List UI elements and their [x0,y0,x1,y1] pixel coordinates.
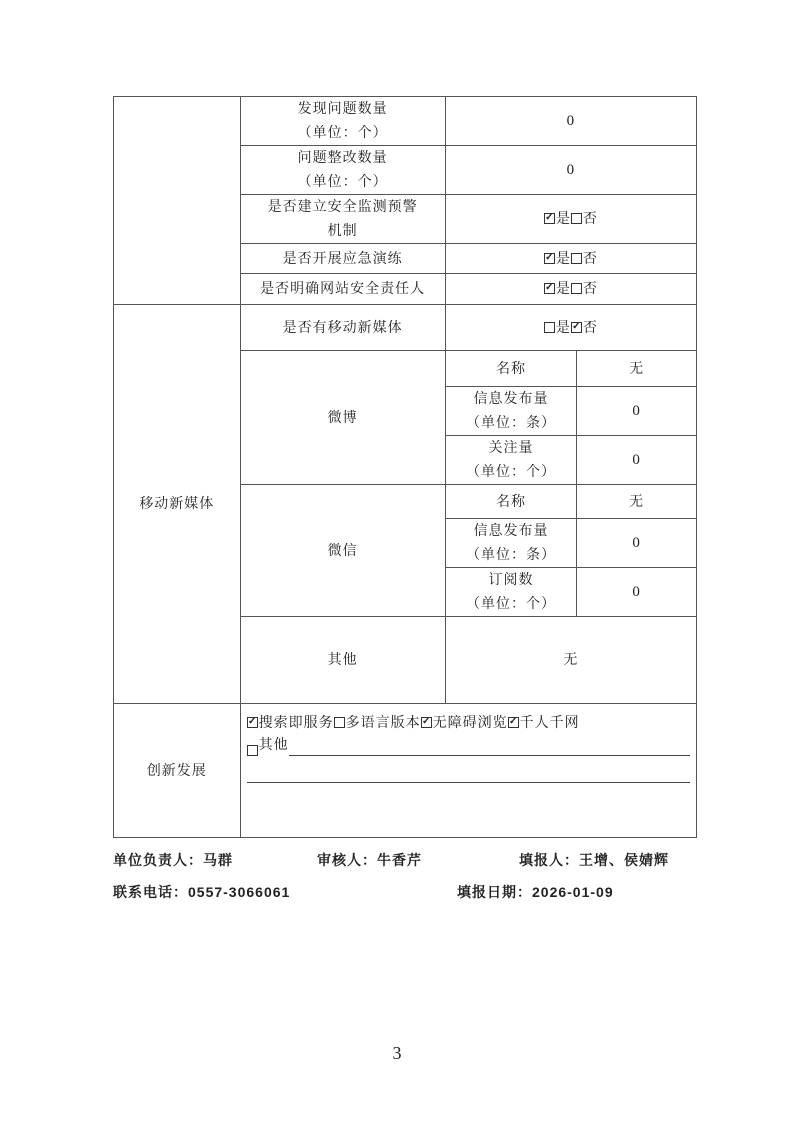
unit-text: （单位：条） [446,411,577,435]
phone-value: 0557-3066061 [188,884,290,900]
head-value: 马群 [203,853,233,869]
no-label: 否 [583,211,598,227]
label-text: 关注量 [446,436,577,460]
table-row: 创新发展 搜索即服务多语言版本无障碍浏览千人千网 其他 [114,704,697,838]
table-row: 发现问题数量 （单位：个） 0 [114,97,697,146]
monitoring-mechanism-label: 是否建立安全监测预警 机制 [240,195,445,244]
checkbox-empty-icon[interactable] [247,745,258,756]
security-officer-label: 是否明确网站安全责任人 [240,274,445,305]
footer-filler: 填报人：王增、侯婧辉 [519,850,669,870]
footer-phone: 联系电话：0557-3066061 [113,882,290,902]
table-row: 移动新媒体 是否有移动新媒体 是否 [114,305,697,351]
checkbox-checked-icon[interactable] [571,322,582,333]
head-label: 单位负责人： [113,853,203,869]
unit-text: （单位：个） [241,170,445,194]
yes-label: 是 [556,251,571,267]
footer-reviewer: 审核人：牛香芹 [317,850,422,870]
checkbox-checked-icon[interactable] [544,213,555,224]
date-label: 填报日期： [457,885,532,901]
checkbox-checked-icon[interactable] [508,717,519,728]
found-issues-value: 0 [445,97,696,146]
wechat-name-value: 无 [577,485,697,519]
unit-text: （单位：个） [446,592,577,616]
fixed-issues-label: 问题整改数量 （单位：个） [240,146,445,195]
yes-label: 是 [556,211,571,227]
option-search-service: 搜索即服务 [259,715,334,731]
other-media-value: 无 [445,617,696,704]
label-text: 问题整改数量 [241,146,445,170]
yes-label: 是 [556,281,571,297]
wechat-subs-label: 订阅数 （单位：个） [445,568,577,617]
has-mobile-label: 是否有移动新媒体 [240,305,445,351]
page-number: 3 [0,1043,794,1064]
unit-text: （单位：条） [446,543,577,567]
filler-label: 填报人： [519,853,579,869]
checkbox-empty-icon[interactable] [334,717,345,728]
weibo-posts-value: 0 [577,387,697,436]
reviewer-label: 审核人： [317,853,377,869]
footer-date: 填报日期：2026-01-09 [457,882,614,902]
option-other: 其他 [259,734,289,756]
no-label: 否 [583,281,598,297]
security-section-label-cell [114,97,241,305]
fixed-issues-value: 0 [445,146,696,195]
checkbox-checked-icon[interactable] [421,717,432,728]
option-accessibility: 无障碍浏览 [433,715,508,731]
weibo-followers-label: 关注量 （单位：个） [445,436,577,485]
unit-text: （单位：个） [446,460,577,484]
mobile-section-label: 移动新媒体 [114,305,241,704]
reviewer-value: 牛香芹 [377,853,422,869]
no-label: 否 [583,251,598,267]
other-media-label: 其他 [240,617,445,704]
other-fill-line[interactable] [289,737,690,756]
weibo-label: 微博 [240,351,445,485]
yes-label: 是 [556,320,571,336]
filler-value: 王增、侯婧辉 [579,853,669,869]
label-text: 是否建立安全监测预警 [241,195,445,219]
checkbox-checked-icon[interactable] [544,253,555,264]
wechat-posts-label: 信息发布量 （单位：条） [445,519,577,568]
label-text-cont: 机制 [241,219,445,243]
monitoring-mechanism-choice: 是否 [445,195,696,244]
weibo-name-value: 无 [577,351,697,387]
no-label: 否 [583,320,598,336]
phone-label: 联系电话： [113,885,188,901]
weibo-followers-value: 0 [577,436,697,485]
weibo-posts-label: 信息发布量 （单位：条） [445,387,577,436]
checkbox-empty-icon[interactable] [571,213,582,224]
date-value: 2026-01-09 [532,884,614,900]
label-text: 订阅数 [446,568,577,592]
emergency-drill-choice: 是否 [445,244,696,274]
other-fill-line-2[interactable] [247,756,690,783]
website-report-table: 发现问题数量 （单位：个） 0 问题整改数量 （单位：个） 0 是否建立安全监测… [113,96,697,838]
wechat-posts-value: 0 [577,519,697,568]
label-text: 信息发布量 [446,519,577,543]
found-issues-label: 发现问题数量 （单位：个） [240,97,445,146]
footer-signatures: 单位负责人：马群 [113,850,233,870]
option-personalized: 千人千网 [520,715,580,731]
security-officer-choice: 是否 [445,274,696,305]
emergency-drill-label: 是否开展应急演练 [240,244,445,274]
wechat-name-label: 名称 [445,485,577,519]
unit-text: （单位：个） [241,121,445,145]
option-multilingual: 多语言版本 [346,715,421,731]
weibo-name-label: 名称 [445,351,577,387]
checkbox-checked-icon[interactable] [247,717,258,728]
label-text: 发现问题数量 [241,97,445,121]
wechat-label: 微信 [240,485,445,617]
wechat-subs-value: 0 [577,568,697,617]
checkbox-checked-icon[interactable] [544,283,555,294]
document-page: 发现问题数量 （单位：个） 0 问题整改数量 （单位：个） 0 是否建立安全监测… [0,0,794,1122]
innovation-options: 搜索即服务多语言版本无障碍浏览千人千网 其他 [240,704,696,838]
checkbox-empty-icon[interactable] [544,322,555,333]
innovation-section-label: 创新发展 [114,704,241,838]
has-mobile-choice: 是否 [445,305,696,351]
checkbox-empty-icon[interactable] [571,253,582,264]
checkbox-empty-icon[interactable] [571,283,582,294]
label-text: 信息发布量 [446,387,577,411]
